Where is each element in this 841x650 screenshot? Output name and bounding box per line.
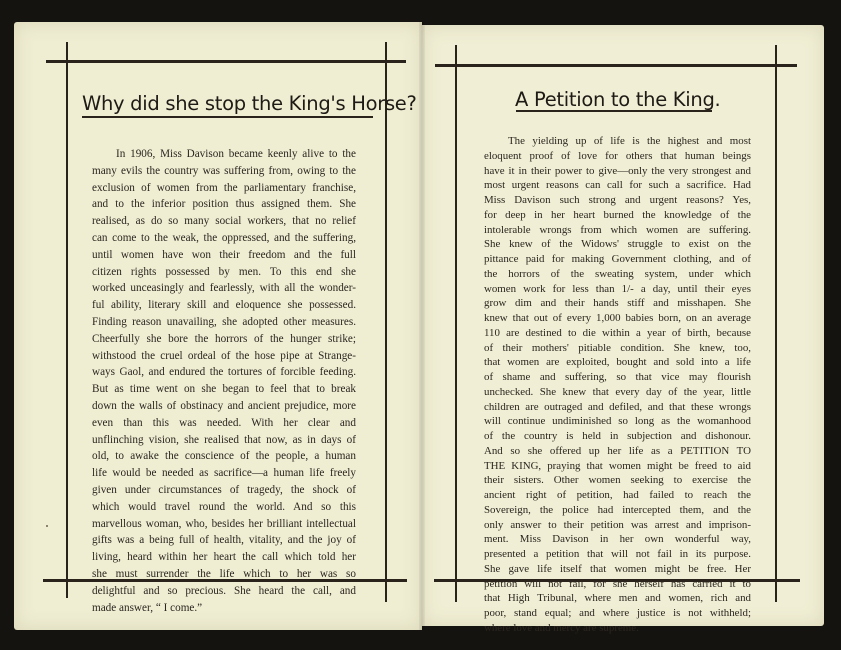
text-line: until women have won their freedom and t… <box>92 247 356 264</box>
text-line: that High Tribunal, where men and women,… <box>484 591 751 606</box>
text-line: only answer to their petition was arrest… <box>484 518 751 533</box>
left-page-body: In 1906, Miss Davison became keenly aliv… <box>92 146 356 616</box>
left-frame-right-rule <box>385 42 387 602</box>
text-line: But as time went on she began to feel th… <box>92 381 356 398</box>
right-frame-right-rule <box>775 45 777 602</box>
text-line: poor, stand equal; and where justice is … <box>484 606 751 621</box>
text-line: women work for less than 1/- a day, unti… <box>484 282 751 297</box>
text-line: The yielding up of life is the highest a… <box>484 134 751 149</box>
left-frame-left-rule <box>66 42 68 598</box>
center-fold <box>419 22 425 630</box>
text-line: Finding reason unavailing, she adopted o… <box>92 314 356 331</box>
text-line: of shame and suffering, so that vice may… <box>484 370 751 385</box>
text-line: Sovereign, the police had intercepted th… <box>484 503 751 518</box>
text-line: marvellous woman, who, besides her brill… <box>92 516 356 533</box>
text-line: 110 are destined to die within a year of… <box>484 326 751 341</box>
text-line: grow dim and their hands stiff and missh… <box>484 296 751 311</box>
text-line: their sisters. Other women seeking to ex… <box>484 473 751 488</box>
text-line: old, to awake the conscience of the peop… <box>92 448 356 465</box>
text-line: petition will not fail, for she herself … <box>484 577 751 592</box>
text-line: ancient right of petition, had failed to… <box>484 488 751 503</box>
text-line: the horrors of the sweating system, unde… <box>484 267 751 282</box>
text-line: exclusion of women from the parliamentar… <box>92 180 356 197</box>
text-line: presented a petition that will not fail … <box>484 547 751 562</box>
text-line: unchecked. She knew that every day of th… <box>484 385 751 400</box>
text-line: children are outraged and defiled, and t… <box>484 400 751 415</box>
left-title-underline <box>82 116 373 118</box>
right-page-title: A Petition to the King. <box>515 88 720 111</box>
text-line: ways Gaol, and endured the tortures of f… <box>92 364 356 381</box>
text-line: even than this was needed. With her clea… <box>92 415 356 432</box>
text-line: many evils the country was suffering fro… <box>92 163 356 180</box>
text-line: delightful and so precious. She heard th… <box>92 583 356 600</box>
text-line: She gave life itself that women might be… <box>484 562 751 577</box>
text-line: most urgent reasons can call for such a … <box>484 178 751 193</box>
text-line: down the walls of obstinacy and ancient … <box>92 398 356 415</box>
right-title-underline <box>516 110 712 112</box>
right-frame-top-rule <box>435 64 797 67</box>
text-line: she must surrender the life which to her… <box>92 566 356 583</box>
text-line: And so she offered up her life as a PETI… <box>484 444 751 459</box>
text-line: realised, as do so many social workers, … <box>92 213 356 230</box>
text-line: and to the inferior position thus assign… <box>92 196 356 213</box>
text-line: intolerable wrongs from which women are … <box>484 223 751 238</box>
right-page-body: The yielding up of life is the highest a… <box>484 134 751 636</box>
text-line: Cheerfully she bore the horrors of the h… <box>92 331 356 348</box>
text-line: Miss Davison such strong and urgent reas… <box>484 193 751 208</box>
text-line: of the country is held in subjection and… <box>484 429 751 444</box>
text-line: ful ability, literary skill and eloquenc… <box>92 297 356 314</box>
text-line: of their mothers' pitiable condition. Sh… <box>484 341 751 356</box>
text-line: She knew of the Widows' struggle to exis… <box>484 237 751 252</box>
text-line: pittance paid for making Government clot… <box>484 252 751 267</box>
text-line: unflinching vision, she realised that no… <box>92 432 356 449</box>
text-line: living, heard within her heart the call … <box>92 549 356 566</box>
text-line: eloquent proof of love for others that h… <box>484 149 751 164</box>
left-frame-top-rule <box>46 60 406 63</box>
text-line: where love and mercy are supreme. <box>484 621 751 636</box>
right-frame-left-rule <box>455 45 457 602</box>
text-line: that women are exploited, bought and sol… <box>484 355 751 370</box>
text-line: In 1906, Miss Davison became keenly aliv… <box>92 146 356 163</box>
text-line: knew that out of every 1,000 babies born… <box>484 311 751 326</box>
text-line: withstood the cruel ordeal of the hose p… <box>92 348 356 365</box>
text-line: citizen rights possessed by men. To this… <box>92 264 356 281</box>
text-line: life would be needed as sacrifice—a huma… <box>92 465 356 482</box>
text-line: which would travel round the world. And … <box>92 499 356 516</box>
paper-speck <box>46 525 48 527</box>
text-line: gifts was a being full of health, vitali… <box>92 532 356 549</box>
text-line: have it in their power to give—only the … <box>484 164 751 179</box>
left-page-title: Why did she stop the King's Horse? <box>82 92 417 115</box>
text-line: given under circumstances of tragedy, th… <box>92 482 356 499</box>
text-line: made answer, “ I come.” <box>92 600 356 617</box>
text-line: THE KING, praying that women might be fr… <box>484 459 751 474</box>
text-line: for deep in her heart burned the knowled… <box>484 208 751 223</box>
text-line: can come to the weak, the oppressed, and… <box>92 230 356 247</box>
text-line: ment. Miss Davison in her own wonderful … <box>484 532 751 547</box>
text-line: worked unceasingly and fearlessly, with … <box>92 280 356 297</box>
text-line: will continue undiminished so long as th… <box>484 414 751 429</box>
